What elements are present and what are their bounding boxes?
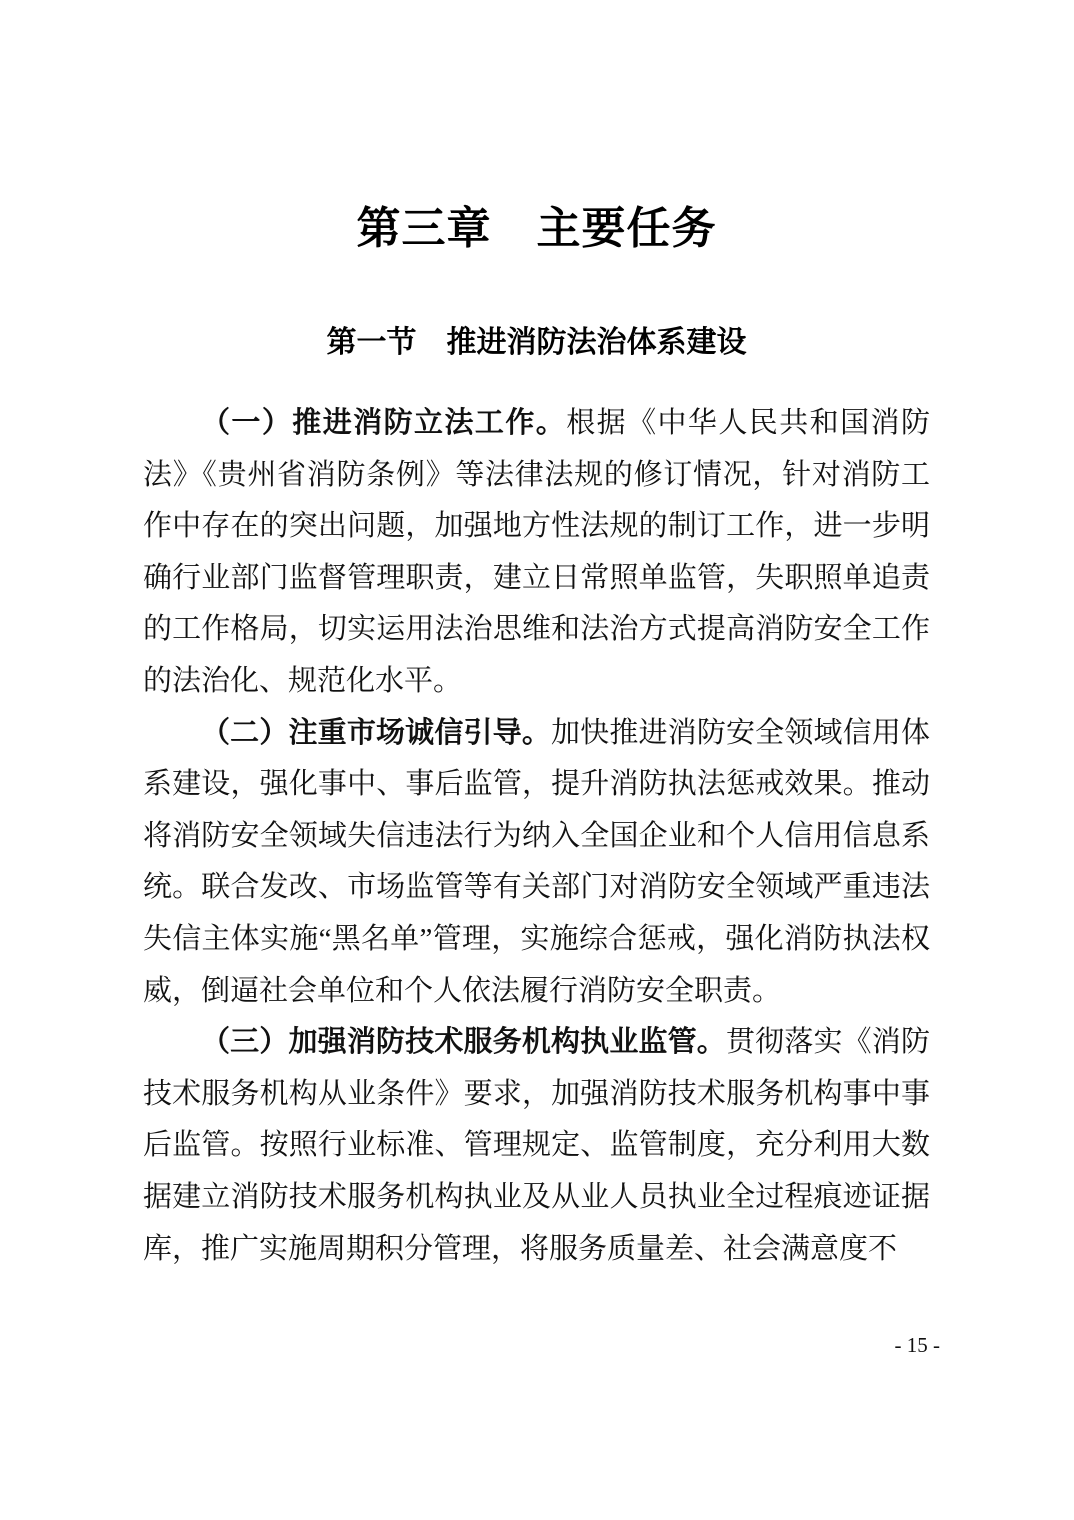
paragraph-2: （二）注重市场诚信引导。加快推进消防安全领域信用体系建设，强化事中、事后监管，提… (143, 708, 930, 1018)
document-page: 第三章 主要任务 第一节 推进消防法治体系建设 （一）推进消防立法工作。根据《中… (0, 0, 1074, 1520)
paragraph-1-text: 根据《中华人民共和国消防法》《贵州省消防条例》等法律法规的修订情况，针对消防工作… (143, 407, 930, 697)
paragraph-3-text: 贯彻落实《消防技术服务机构从业条件》要求，加强消防技术服务机构事中事后监管。按照… (143, 1026, 930, 1264)
chapter-title: 第三章 主要任务 (143, 205, 930, 253)
section-title: 第一节 推进消防法治体系建设 (143, 325, 930, 361)
page-number: - 15 - (895, 1333, 941, 1357)
paragraph-2-text: 加快推进消防安全领域信用体系建设，强化事中、事后监管，提升消防执法惩戒效果。推动… (143, 717, 930, 1007)
paragraph-3-lead: （三）加强消防技术服务机构执业监管。 (201, 1026, 726, 1058)
paragraph-3: （三）加强消防技术服务机构执业监管。贯彻落实《消防技术服务机构从业条件》要求，加… (143, 1017, 930, 1275)
paragraph-1: （一）推进消防立法工作。根据《中华人民共和国消防法》《贵州省消防条例》等法律法规… (143, 398, 930, 708)
paragraph-1-lead: （一）推进消防立法工作。 (201, 407, 566, 439)
paragraph-2-lead: （二）注重市场诚信引导。 (201, 717, 551, 749)
document-body: （一）推进消防立法工作。根据《中华人民共和国消防法》《贵州省消防条例》等法律法规… (143, 398, 930, 1275)
